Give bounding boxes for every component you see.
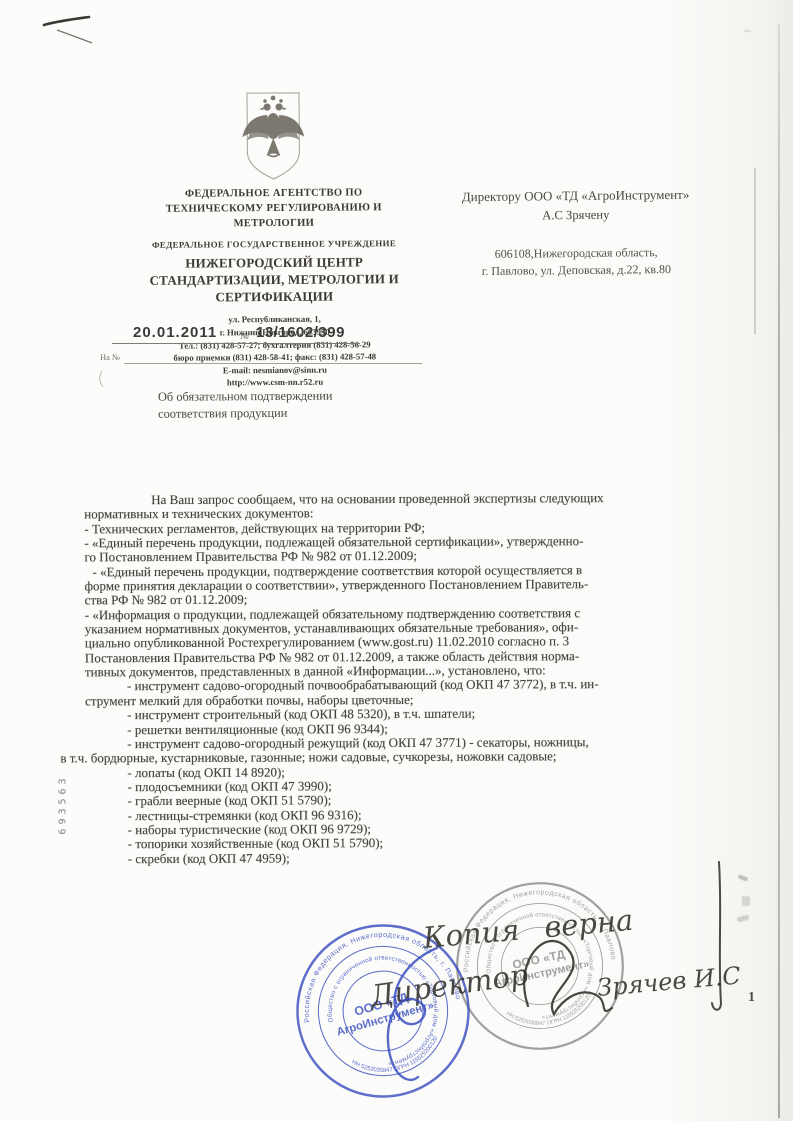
company-stamp-blue: Российская Федерация, Нижегородская обла… — [288, 916, 478, 1106]
letter-number: 13/1602/399 — [256, 324, 345, 341]
reply-underline — [124, 363, 422, 364]
recipient-block: Директору ООО «ТД «АгроИнструмент» А.С З… — [446, 187, 707, 281]
coat-of-arms-icon — [234, 90, 313, 183]
reply-to-label: На № — [100, 352, 120, 362]
letterhead: ФЕДЕРАЛЬНОЕ АГЕНТСТВО ПО ТЕХНИЧЕСКОМУ РЕ… — [117, 89, 431, 390]
letter-date: 20.01.2011 — [133, 324, 217, 341]
recipient-title: Директору ООО «ТД «АгроИнструмент» — [446, 187, 706, 206]
number-underline — [252, 343, 360, 344]
scan-smudge — [742, 896, 750, 906]
scan-serial-number: 693563 — [58, 750, 69, 860]
scan-edge-line — [778, 24, 780, 1118]
center-name: НИЖЕГОРОДСКИЙ ЦЕНТР СТАНДАРТИЗАЦИИ, МЕТР… — [118, 254, 430, 307]
letterhead-phones: Тел.: (831) 428-57-27; бухгалтерия (831)… — [119, 338, 431, 365]
pen-mark-top-2 — [57, 30, 92, 43]
body-text: На Ваш запрос сообщаем, что на основании… — [84, 491, 708, 867]
scan-smudge — [737, 915, 750, 923]
date-underline — [112, 343, 252, 344]
number-label: № — [240, 331, 249, 341]
reply-line-curl — [100, 371, 103, 387]
agency-name: ФЕДЕРАЛЬНОЕ АГЕНТСТВО ПО ТЕХНИЧЕСКОМУ РЕ… — [118, 185, 430, 232]
letter-subject: Об обязательном подтверждении соответств… — [158, 387, 378, 422]
scanned-letter-page: ФЕДЕРАЛЬНОЕ АГЕНТСТВО ПО ТЕХНИЧЕСКОМУ РЕ… — [0, 0, 793, 1121]
pen-mark-top-1 — [44, 17, 89, 25]
recipient-person: А.С Зрячену — [446, 207, 706, 225]
scan-smudge — [738, 874, 749, 881]
institution-type: ФЕДЕРАЛЬНОЕ ГОСУДАРСТВЕННОЕ УЧРЕЖДЕНИЕ — [118, 238, 430, 250]
recipient-address: 606108,Нижегородская область, г. Павлово… — [446, 244, 706, 282]
pen-stroke-vertical — [712, 862, 721, 1010]
body-line: - скребки (код ОКП 47 4959); — [86, 849, 708, 866]
scan-smudge — [744, 30, 751, 32]
page-mark: 1 — [748, 990, 755, 1006]
scan-fold-line — [754, 168, 756, 334]
